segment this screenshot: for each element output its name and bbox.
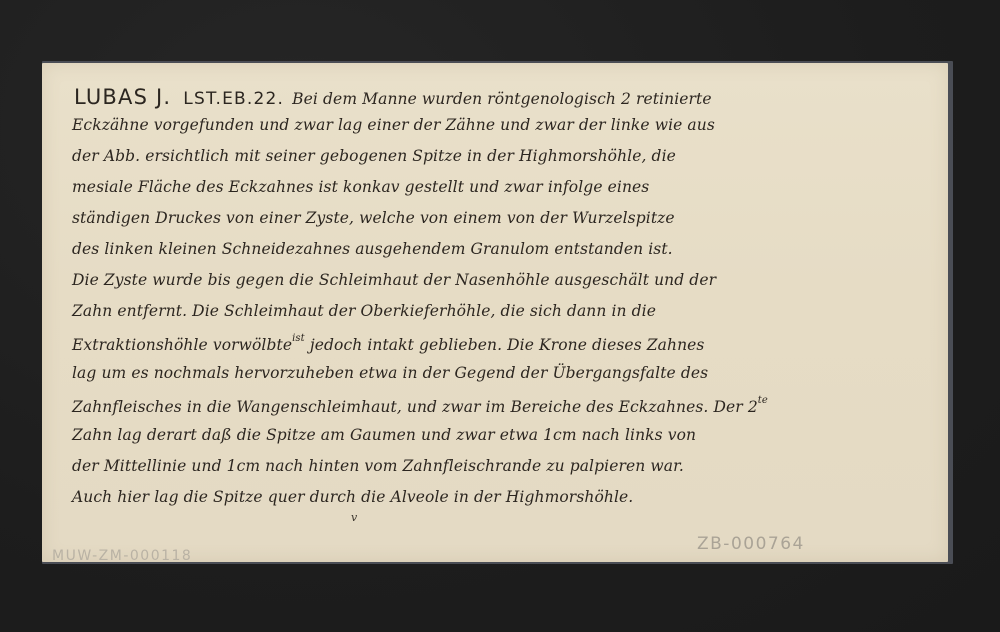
text-line-14: Auch hier lag die Spitze quer durch die … (72, 488, 633, 506)
insertion-te: te (758, 395, 768, 406)
text-line-9b: jedoch intakt geblieben. Die Krone diese… (310, 336, 705, 354)
text-line-1: Bei dem Manne wurden röntgenologisch 2 r… (292, 90, 711, 108)
text-line-9: Extraktionshöhle vorwölbteist jedoch int… (72, 333, 704, 354)
text-line-5: ständigen Druckes von einer Zyste, welch… (72, 209, 675, 227)
text-line-8: Zahn entfernt. Die Schleimhaut der Oberk… (72, 302, 656, 320)
text-line-12: Zahn lag derart daß die Spitze am Gaumen… (72, 426, 696, 444)
text-line-3: der Abb. ersichtlich mit seiner gebogene… (72, 147, 676, 165)
patient-name: LUBAS J. (74, 85, 171, 109)
text-line-10: lag um es nochmals hervorzuheben etwa in… (72, 364, 708, 382)
text-line-11: Zahnfleisches in die Wangenschleimhaut, … (72, 395, 768, 416)
text-line-13: der Mittellinie und 1cm nach hinten vom … (72, 457, 684, 475)
small-pen-mark: v (351, 511, 357, 524)
archive-stamp-zb: ZB-000764 (697, 534, 805, 554)
text-line-11a: Zahnfleisches in die Wangenschleimhaut, … (72, 398, 758, 416)
text-line-6: des linken kleinen Schneidezahnes ausgeh… (72, 240, 673, 258)
text-line-7: Die Zyste wurde bis gegen die Schleimhau… (72, 271, 716, 289)
archive-stamp-muw: MUW-ZM-000118 (52, 548, 192, 564)
card-header: LUBAS J. LST.EB.22. Bei dem Manne wurden… (74, 85, 712, 109)
reference-code: LST.EB.22. (183, 89, 284, 109)
index-card: LUBAS J. LST.EB.22. Bei dem Manne wurden… (42, 63, 948, 562)
text-line-9a: Extraktionshöhle vorwölbte (72, 336, 292, 354)
insertion-ist: ist (292, 333, 305, 344)
text-line-2: Eckzähne vorgefunden und zwar lag einer … (72, 116, 715, 134)
text-line-4: mesiale Fläche des Eckzahnes ist konkav … (72, 178, 649, 196)
